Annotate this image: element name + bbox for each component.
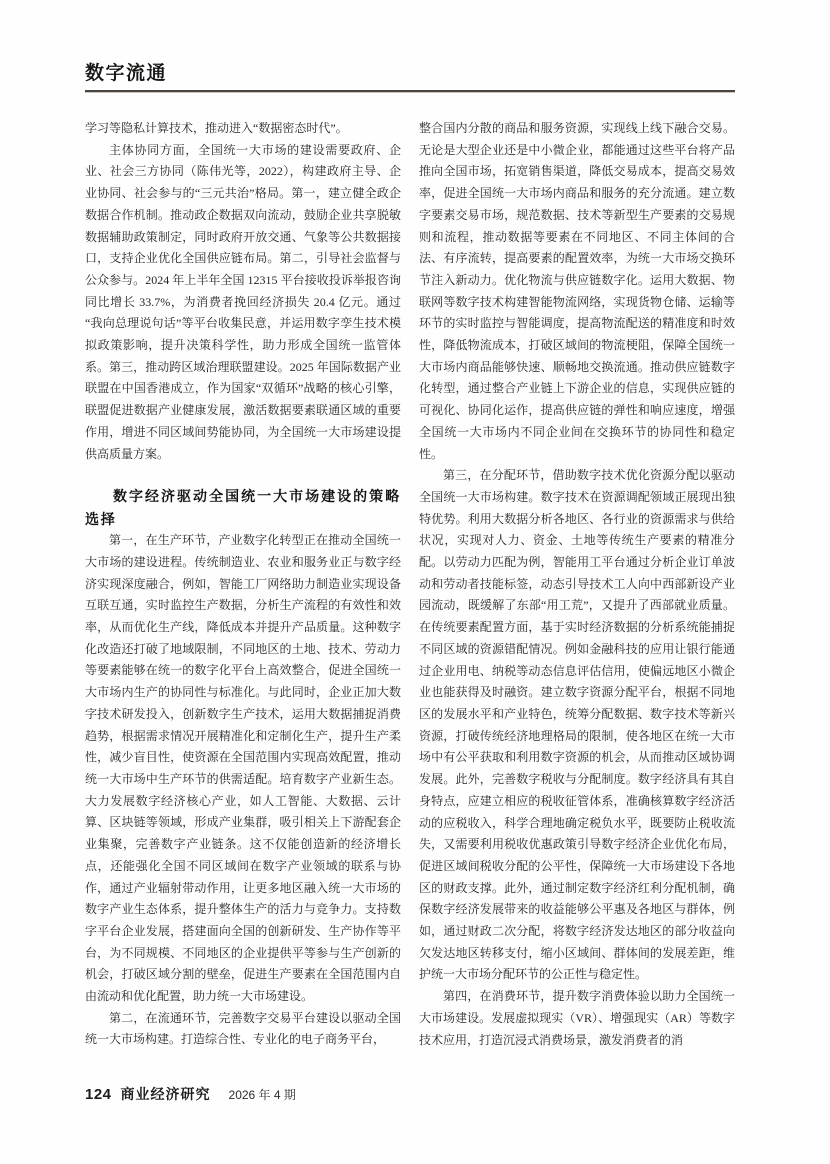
page-header: 数字流通 xyxy=(85,62,735,93)
article-body: 学习等隐私计算技术，推动进入“数据密态时代”。 主体协同方面，全国统一大市场的建… xyxy=(85,118,735,1080)
right-column: 整合国内分散的商品和服务资源，实现线上线下融合交易。无论是大型企业还是中小微企业… xyxy=(419,118,735,1080)
issue-info: 2026 年 4 期 xyxy=(229,1086,296,1103)
page-number: 124 xyxy=(85,1086,112,1103)
header-rule xyxy=(85,90,735,93)
paragraph: 第一，在生产环节，产业数字化转型正在推动全国统一大市场的建设进程。传统制造业、农… xyxy=(85,530,401,1007)
paragraph: 第三，在分配环节，借助数字技术优化资源分配以驱动全国统一大市场构建。数字技术在资… xyxy=(419,465,735,986)
section-heading: 数字经济驱动全国统一大市场建设的策略选择 xyxy=(85,485,401,530)
column-section-title: 数字流通 xyxy=(85,62,735,86)
page-footer: 124 商业经济研究 2026 年 4 期 xyxy=(85,1084,296,1104)
paragraph: 第二，在流通环节，完善数字交易平台建设以驱动全国统一大市场构建。打造综合性、专业… xyxy=(85,1008,401,1051)
paragraph: 第四，在消费环节，提升数字消费体验以助力全国统一大市场建设。发展虚拟现实（VR）… xyxy=(419,986,735,1051)
paragraph-continuation: 学习等隐私计算技术，推动进入“数据密态时代”。 xyxy=(85,118,401,140)
paragraph-continuation: 整合国内分散的商品和服务资源，实现线上线下融合交易。无论是大型企业还是中小微企业… xyxy=(419,118,735,465)
paragraph: 主体协同方面，全国统一大市场的建设需要政府、企业、社会三方协同（陈伟光等，202… xyxy=(85,140,401,466)
left-column: 学习等隐私计算技术，推动进入“数据密态时代”。 主体协同方面，全国统一大市场的建… xyxy=(85,118,401,1080)
journal-page: 数字流通 学习等隐私计算技术，推动进入“数据密态时代”。 主体协同方面，全国统一… xyxy=(0,0,830,1164)
journal-name: 商业经济研究 xyxy=(121,1084,211,1104)
